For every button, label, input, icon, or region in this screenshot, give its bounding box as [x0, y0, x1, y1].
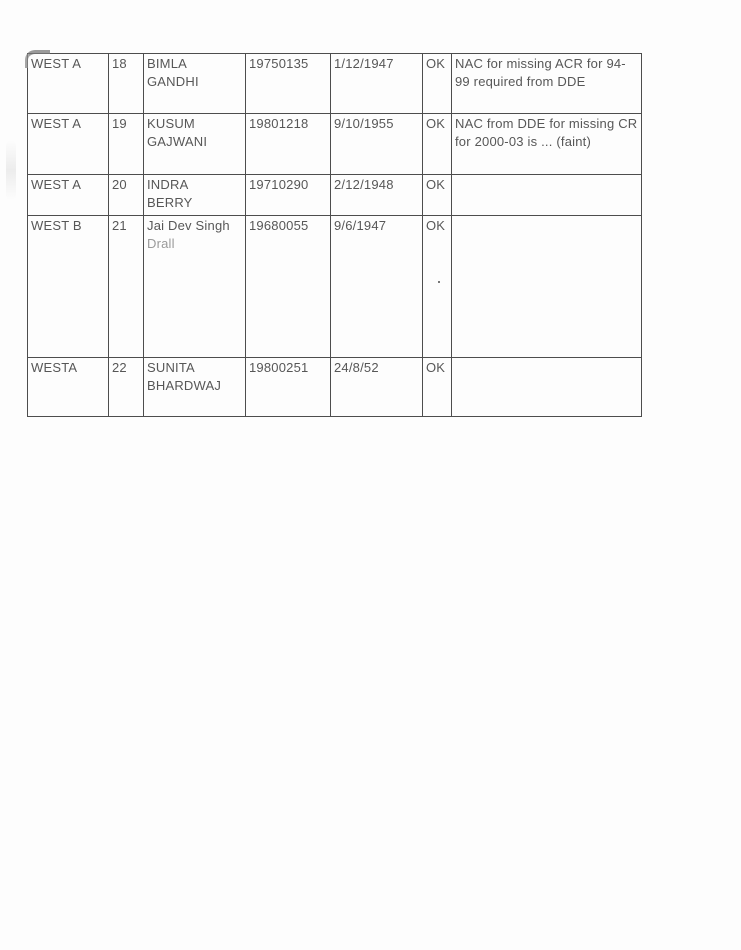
dob-cell: 9/10/1955: [331, 114, 423, 175]
name-line1: Jai Dev Singh: [147, 217, 242, 235]
remarks-cell: NAC from DDE for missing CR for 2000-03 …: [452, 114, 642, 175]
name-cell: INDRA BERRY: [144, 175, 246, 216]
remarks-cell: [452, 216, 642, 358]
table-row: WESTA 22 SUNITA BHARDWAJ 19800251 24/8/5…: [28, 358, 642, 417]
scan-speck: [438, 281, 440, 283]
status-text: OK: [426, 217, 448, 235]
status-cell: OK: [423, 175, 452, 216]
id-cell: 19800251: [246, 358, 331, 417]
table-row: WEST A 19 KUSUM GAJWANI 19801218 9/10/19…: [28, 114, 642, 175]
serial-cell: 19: [109, 114, 144, 175]
zone-cell: WEST A: [28, 114, 109, 175]
name-line2: Drall: [147, 235, 242, 253]
scan-smudge: [6, 140, 16, 200]
remarks-cell: [452, 175, 642, 216]
zone-cell: WEST B: [28, 216, 109, 358]
dob-cell: 24/8/52: [331, 358, 423, 417]
dob-cell: 1/12/1947: [331, 54, 423, 114]
name-line1: INDRA: [147, 176, 242, 194]
status-cell: OK: [423, 358, 452, 417]
serial-cell: 22: [109, 358, 144, 417]
name-line1: SUNITA: [147, 359, 242, 377]
name-line1: BIMLA: [147, 55, 242, 73]
table-row: WEST A 20 INDRA BERRY 19710290 2/12/1948…: [28, 175, 642, 216]
name-line2: BHARDWAJ: [147, 377, 242, 395]
name-cell: SUNITA BHARDWAJ: [144, 358, 246, 417]
remarks-cell: NAC for missing ACR for 94-99 required f…: [452, 54, 642, 114]
status-cell: OK: [423, 114, 452, 175]
table-row: WEST B 21 Jai Dev Singh Drall 19680055 9…: [28, 216, 642, 358]
serial-cell: 20: [109, 175, 144, 216]
scanned-page: WEST A 18 BIMLA GANDHI 19750135 1/12/194…: [0, 0, 741, 950]
status-cell: OK: [423, 54, 452, 114]
name-cell: Jai Dev Singh Drall: [144, 216, 246, 358]
dob-cell: 9/6/1947: [331, 216, 423, 358]
status-cell: OK: [423, 216, 452, 358]
name-line2: GANDHI: [147, 73, 242, 91]
name-line1: KUSUM: [147, 115, 242, 133]
name-line2: BERRY: [147, 194, 242, 212]
scan-corner-mark: [25, 50, 50, 68]
name-cell: BIMLA GANDHI: [144, 54, 246, 114]
id-cell: 19801218: [246, 114, 331, 175]
zone-cell: WESTA: [28, 358, 109, 417]
id-cell: 19680055: [246, 216, 331, 358]
name-line2: GAJWANI: [147, 133, 242, 151]
serial-cell: 18: [109, 54, 144, 114]
dob-cell: 2/12/1948: [331, 175, 423, 216]
id-cell: 19750135: [246, 54, 331, 114]
remarks-cell: [452, 358, 642, 417]
serial-cell: 21: [109, 216, 144, 358]
zone-cell: WEST A: [28, 175, 109, 216]
id-cell: 19710290: [246, 175, 331, 216]
name-cell: KUSUM GAJWANI: [144, 114, 246, 175]
table-row: WEST A 18 BIMLA GANDHI 19750135 1/12/194…: [28, 54, 642, 114]
records-table: WEST A 18 BIMLA GANDHI 19750135 1/12/194…: [27, 53, 642, 417]
